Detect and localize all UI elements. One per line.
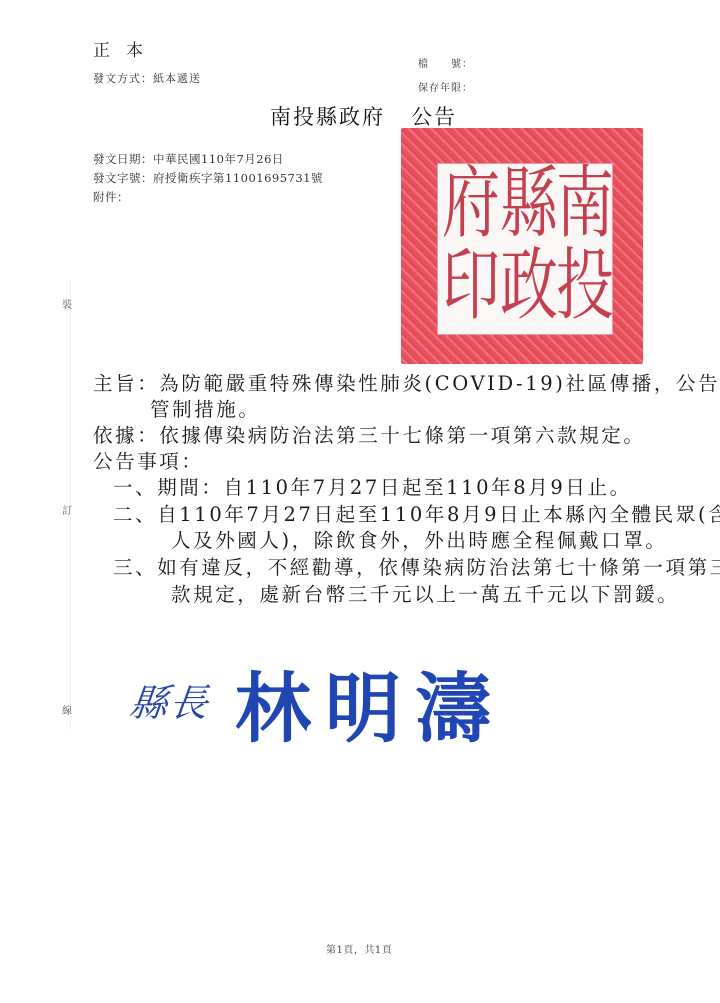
- binding-mark-xian: 線: [62, 702, 72, 717]
- send-method: 發文方式：紙本遞送: [93, 70, 201, 86]
- announcement-items-heading: 公告事項：: [93, 446, 204, 474]
- seal-char: 縣: [500, 164, 558, 242]
- seal-char: 府: [442, 164, 500, 242]
- seal-char: 印: [442, 246, 500, 324]
- page-number: 第1頁，共1頁: [326, 941, 392, 956]
- seal-char: 南: [556, 164, 614, 242]
- issue-date: 發文日期：中華民國110年7月26日: [93, 151, 284, 167]
- copy-type-char-2: 本: [126, 41, 145, 61]
- subject-line-2: 管制措施。: [150, 394, 261, 422]
- official-seal: 南 投 縣 政 府 印: [401, 128, 643, 364]
- retention-period-label: 保存年限：: [418, 79, 473, 94]
- announcement-item-3-line-2: 款規定，處新台幣三千元以上一萬五千元以下罰鍰。: [171, 579, 679, 607]
- announcement-item-2-line-1: 二、自110年7月27日起至110年8月9日止本縣內全體民眾(含本國: [113, 499, 720, 527]
- subject-line-1: 主旨：為防範嚴重特殊傳染性肺炎(COVID-19)社區傳播，公告本縣: [93, 368, 720, 396]
- page-title: 南投縣政府公告: [270, 101, 457, 131]
- binding-mark-ding: 訂: [62, 502, 72, 517]
- announcement-item-3-line-1: 三、如有違反，不經勸導，依傳染病防治法第七十條第一項第三: [113, 552, 720, 580]
- announcement-item-1: 一、期間：自110年7月27日起至110年8月9日止。: [113, 472, 632, 500]
- seal-char: 政: [500, 246, 558, 324]
- document-number: 發文字號：府授衛疾字第11001695731號: [93, 170, 323, 186]
- send-method-label: 發文方式：: [93, 72, 153, 85]
- file-number-label: 檔 號：: [418, 55, 473, 70]
- document-type: 公告: [411, 105, 457, 129]
- signature-title: 縣長: [127, 672, 213, 727]
- seal-char: 投: [556, 246, 614, 324]
- seal-inner-field: 南 投 縣 政 府 印: [437, 163, 613, 335]
- copy-type-char-1: 正: [93, 41, 112, 61]
- copy-type: 正本: [93, 36, 159, 61]
- issuer-name: 南投縣政府: [270, 105, 385, 129]
- signature-name: 林明濤: [235, 648, 505, 757]
- announcement-item-2-line-2: 人及外國人)，除飲食外，外出時應全程佩戴口罩。: [171, 525, 667, 553]
- send-method-value: 紙本遞送: [153, 72, 201, 85]
- attachments-label: 附件：: [93, 189, 129, 205]
- binding-mark-zhuang: 裝: [62, 296, 72, 311]
- legal-basis: 依據：依據傳染病防治法第三十七條第一項第六款規定。: [93, 420, 646, 448]
